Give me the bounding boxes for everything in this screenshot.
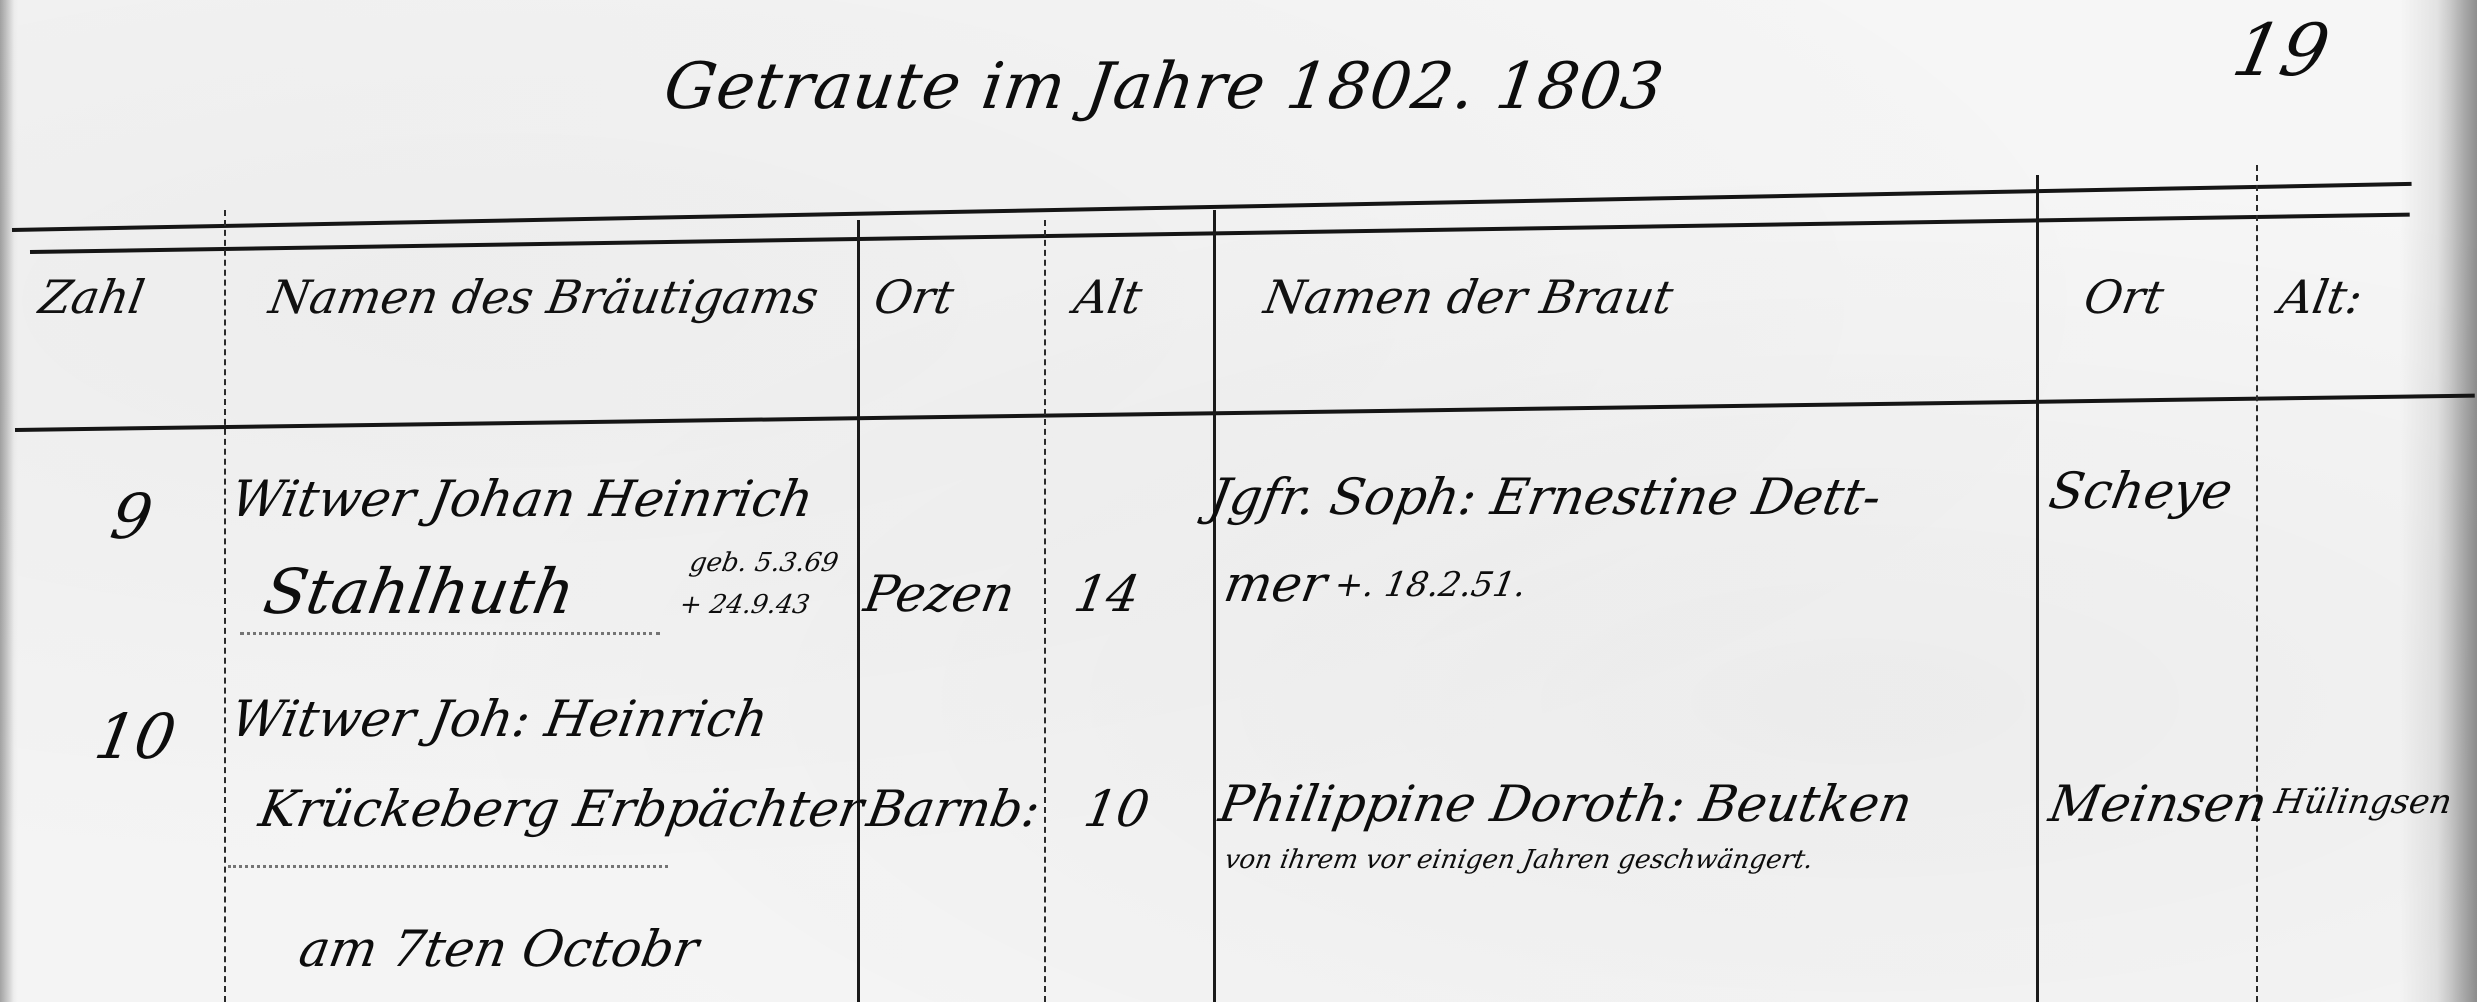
bride-death-date: +. 18.2.51.: [1331, 565, 1529, 605]
groom-age: 10: [1080, 780, 1154, 838]
header-number: Zahl: [35, 270, 148, 324]
col-divider-6: [2256, 165, 2258, 1002]
groom-age: 14: [1070, 565, 1144, 623]
groom-death-date: + 24.9.43: [677, 590, 812, 620]
bride-name-line1: Jgfr. Soph: Ernestine Dett-: [1205, 468, 1886, 526]
groom-name-line2: Krückeberg Erbpächter: [255, 780, 868, 838]
entry-number: 9: [106, 480, 158, 553]
header-groom-age: Alt: [1070, 270, 1146, 324]
marriage-date: am 7ten Octobr: [295, 920, 703, 978]
groom-name-underline: [240, 632, 660, 635]
bride-village: Hülingsen: [2271, 782, 2454, 822]
col-divider-5: [2036, 175, 2039, 1002]
header-bride-place: Ort: [2080, 270, 2168, 324]
header-bride-age: Alt:: [2275, 270, 2366, 324]
binding-shadow: [2437, 0, 2477, 1002]
groom-name-line1: Witwer Joh: Heinrich: [227, 690, 773, 748]
header-bride-name: Namen der Braut: [1260, 270, 1677, 324]
entry-number: 10: [90, 700, 182, 773]
groom-place: Barnb:: [863, 780, 1045, 838]
bride-place: Meinsen: [2045, 775, 2272, 833]
col-divider-2: [857, 220, 860, 1002]
col-divider-4: [1213, 210, 1216, 1002]
header-rule-bottom: [30, 213, 2410, 254]
page-edge-shadow: [0, 0, 14, 1002]
bride-name-line1: Philippine Doroth: Beutken: [1215, 775, 1917, 833]
column-header-rule: [15, 394, 2475, 432]
groom-name-line1: Witwer Johan Heinrich: [227, 470, 818, 528]
groom-birth-date: geb. 5.3.69: [687, 548, 840, 578]
bride-place: Scheye: [2045, 462, 2237, 520]
col-divider-1: [224, 210, 226, 1002]
bride-name-line2: mer: [1220, 555, 1331, 613]
page-title: Getraute im Jahre 1802. 1803: [660, 50, 1669, 124]
bride-note: von ihrem vor einigen Jahren geschwänger…: [1222, 845, 1815, 875]
col-divider-3: [1044, 220, 1046, 1002]
groom-place: Pezen: [860, 565, 1019, 623]
header-groom-place: Ort: [870, 270, 958, 324]
register-page: Getraute im Jahre 1802. 1803 19 Zahl Nam…: [0, 0, 2477, 1002]
header-groom-name: Namen des Bräutigams: [265, 270, 822, 324]
page-number: 19: [2226, 8, 2337, 92]
header-rule-top: [12, 182, 2412, 232]
groom-name-line2: Stahlhuth: [259, 555, 581, 628]
groom-name-underline: [228, 865, 668, 868]
